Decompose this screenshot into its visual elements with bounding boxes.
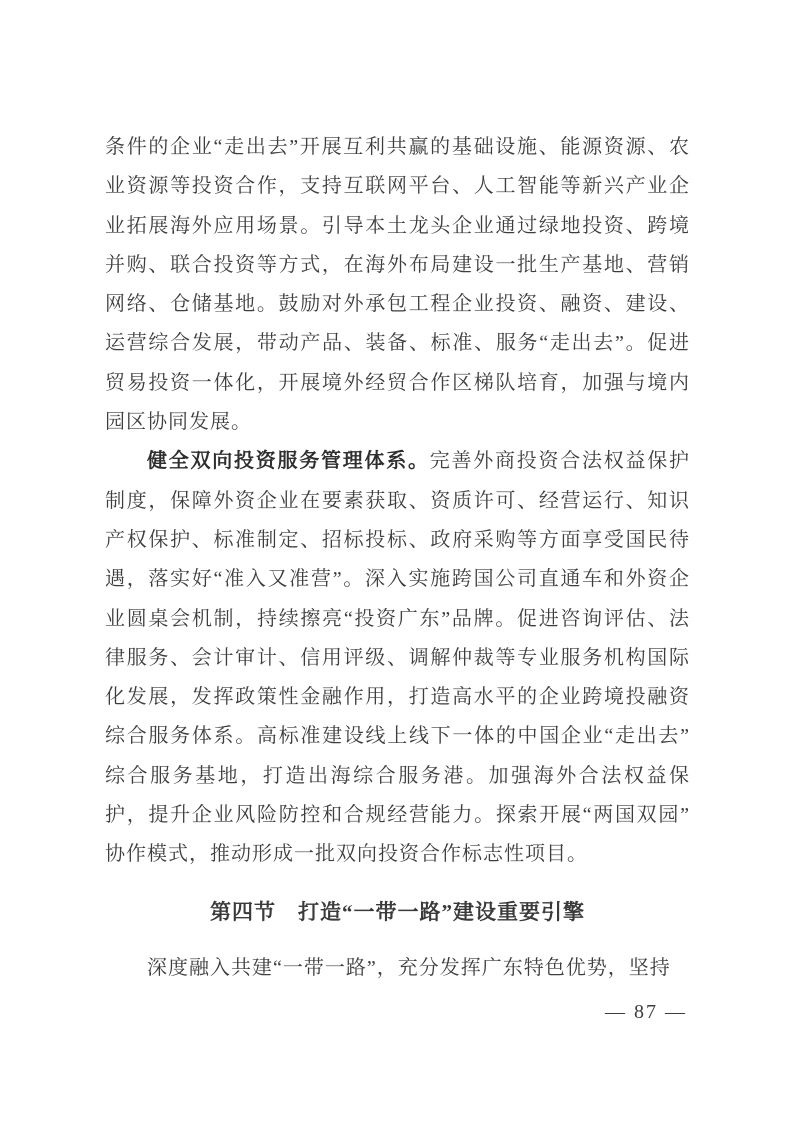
paragraph-body-text: 完善外商投资合法权益保护制度，保障外资企业在要素获取、资质许可、经营运行、知识产… [105,450,690,865]
paragraph-investment-services: 健全双向投资服务管理体系。完善外商投资合法权益保护制度，保障外资企业在要素获取、… [105,442,690,874]
paragraph-belt-and-road: 深度融入共建“一带一路”，充分发挥广东特色优势，坚持 [105,949,690,988]
paragraph-continued: 条件的企业“走出去”开展互利共赢的基础设施、能源资源、农业资源等投资合作，支持互… [105,128,690,442]
page-content: 条件的企业“走出去”开展互利共赢的基础设施、能源资源、农业资源等投资合作，支持互… [105,128,690,988]
paragraph-lead-bold: 健全双向投资服务管理体系。 [147,450,430,472]
section-heading: 第四节 打造“一带一路”建设重要引擎 [105,892,690,932]
page-number: — 87 — [605,1000,687,1024]
document-page: 条件的企业“走出去”开展互利共赢的基础设施、能源资源、农业资源等投资合作，支持互… [0,0,794,1123]
